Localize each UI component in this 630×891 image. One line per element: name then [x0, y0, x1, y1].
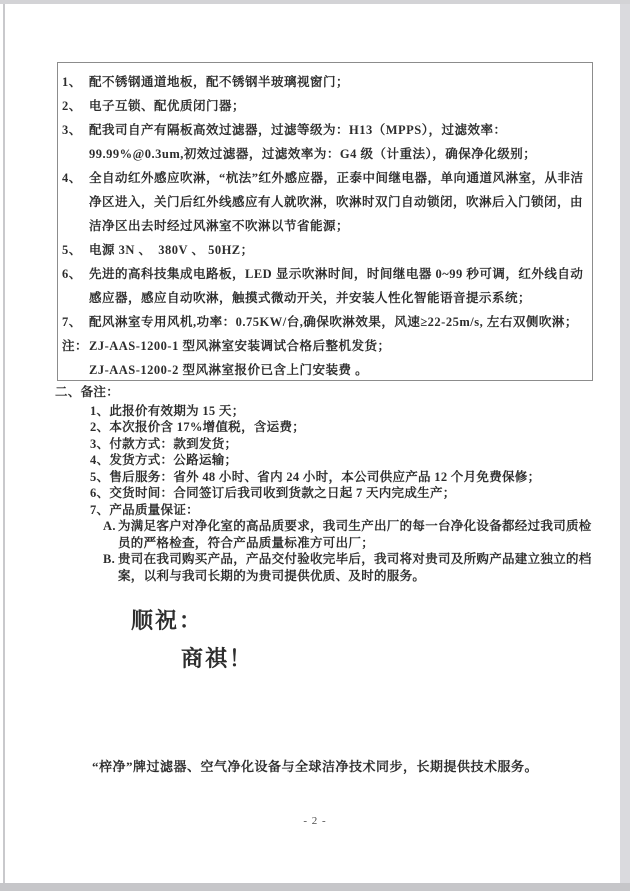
spec-item: 1、 配不锈钢通道地板，配不锈钢半玻璃视窗门； — [62, 70, 586, 94]
spec-item: 2、 电子互锁、配优质闭门器； — [62, 94, 586, 118]
spec-item: 4、 全自动红外感应吹淋，“杭法”红外感应器，正泰中间继电器，单向通道风淋室，从… — [62, 166, 586, 238]
remarks-heading: 二、备注： — [55, 384, 596, 401]
remark-subitem: B. 贵司在我司购买产品，产品交付验收完毕后，我司将对贵司及所购产品建立独立的档… — [55, 551, 596, 584]
spec-note-line: ZJ-AAS-1200-2 型风淋室报价已含上门安装费 。 — [62, 358, 586, 381]
spec-item-number: 7、 — [62, 310, 82, 334]
spec-note-text: ZJ-AAS-1200-1 型风淋室安装调试合格后整机发货； — [89, 339, 390, 353]
remark-item: 6、交货时间：合同签订后我司收到货款之日起 7 天内完成生产； — [55, 485, 596, 502]
spec-item: 7、 配风淋室专用风机,功率：0.75KW/台,确保吹淋效果，风速≥22-25m… — [62, 310, 586, 334]
spec-item: 3、 配我司自产有隔板高效过滤器，过滤等级为：H13（MPPS），过滤效率：99… — [62, 118, 586, 166]
spec-item-number: 5、 — [62, 238, 82, 262]
remark-item: 4、发货方式：公路运输； — [55, 452, 596, 469]
document-page: { "colors": { "box_border": "#8c8c8c", "… — [0, 0, 630, 891]
spec-item-text: 全自动红外感应吹淋，“杭法”红外感应器，正泰中间继电器，单向通道风淋室，从非洁净… — [89, 171, 584, 233]
remark-subitem-text: 为满足客户对净化室的高品质要求，我司生产出厂的每一台净化设备都经过我司质检员的严… — [118, 519, 592, 550]
closing-greeting: 顺祝： 商祺！ — [131, 604, 253, 673]
spec-item-number: 4、 — [62, 166, 82, 190]
spec-item-text: 电子互锁、配优质闭门器； — [89, 99, 245, 113]
specification-box: 1、 配不锈钢通道地板，配不锈钢半玻璃视窗门； 2、 电子互锁、配优质闭门器； … — [57, 62, 593, 381]
closing-salute: 顺祝： — [131, 604, 253, 635]
remark-subitem: A. 为满足客户对净化室的高品质要求，我司生产出厂的每一台净化设备都经过我司质检… — [55, 518, 596, 551]
scan-edge-bottom — [0, 883, 630, 891]
footer-slogan: “梓净”牌过滤器、空气净化设备与全球洁净技术同步，长期提供技术服务。 — [0, 756, 630, 775]
remark-subitem-text: 贵司在我司购买产品，产品交付验收完毕后，我司将对贵司及所购产品建立独立的档案，以… — [118, 552, 592, 583]
remark-subitem-letter: A. — [103, 518, 116, 535]
spec-item-text: 电源 3N 、 380V 、 50HZ； — [89, 243, 254, 257]
remark-subitem-letter: B. — [103, 551, 115, 568]
spec-note-line: 注： ZJ-AAS-1200-1 型风淋室安装调试合格后整机发货； — [62, 334, 586, 358]
scan-edge-top — [0, 0, 630, 4]
spec-note-text: ZJ-AAS-1200-2 型风淋室报价已含上门安装费 。 — [89, 363, 368, 377]
remark-item: 3、付款方式：款到发货； — [55, 436, 596, 453]
spec-item-number: 3、 — [62, 118, 82, 142]
spec-item-text: 先进的高科技集成电路板，LED 显示吹淋时间，时间继电器 0~99 秒可调，红外… — [89, 267, 583, 305]
spec-item-text: 配风淋室专用风机,功率：0.75KW/台,确保吹淋效果，风速≥22-25m/s,… — [89, 315, 578, 329]
spec-item-number: 2、 — [62, 94, 82, 118]
remark-item: 7、产品质量保证： — [55, 502, 596, 519]
spec-item-number: 6、 — [62, 262, 82, 286]
remark-item: 2、本次报价含 17%增值税，含运费； — [55, 419, 596, 436]
page-number: - 2 - — [0, 815, 630, 827]
closing-wish: 商祺！ — [181, 642, 253, 673]
spec-item: 6、 先进的高科技集成电路板，LED 显示吹淋时间，时间继电器 0~99 秒可调… — [62, 262, 586, 310]
remark-item: 1、此报价有效期为 15 天； — [55, 403, 596, 420]
spec-note-label: 注： — [62, 334, 88, 358]
scan-edge-left — [3, 4, 5, 883]
remarks-section: 二、备注： 1、此报价有效期为 15 天； 2、本次报价含 17%增值税，含运费… — [55, 384, 596, 584]
spec-item-text: 配不锈钢通道地板，配不锈钢半玻璃视窗门； — [89, 75, 349, 89]
remark-item: 5、售后服务：省外 48 小时、省内 24 小时，本公司供应产品 12 个月免费… — [55, 469, 596, 486]
spec-item: 5、 电源 3N 、 380V 、 50HZ； — [62, 238, 586, 262]
spec-item-number: 1、 — [62, 70, 82, 94]
spec-item-text: 配我司自产有隔板高效过滤器，过滤等级为：H13（MPPS），过滤效率：99.99… — [89, 123, 536, 161]
